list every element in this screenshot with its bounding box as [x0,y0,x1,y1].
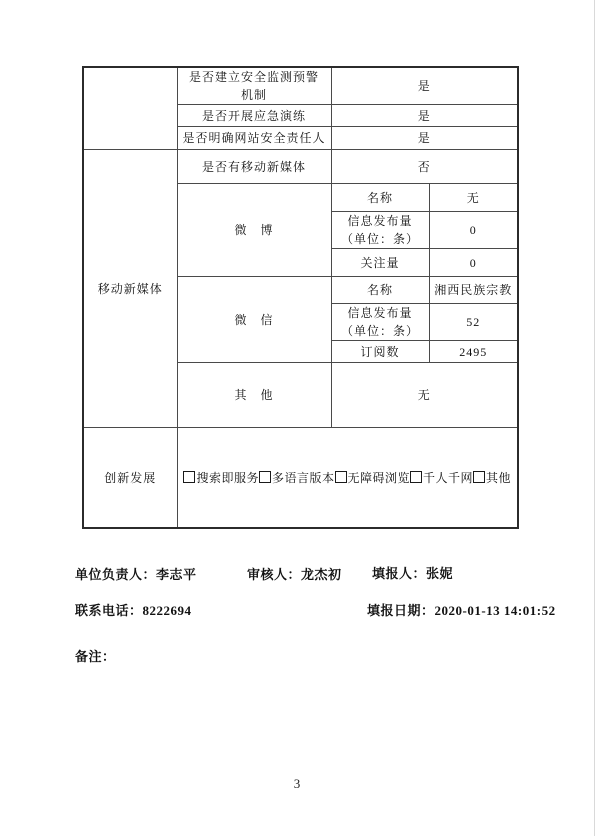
field-cell: 信息发布量 （单位：条） [331,212,429,249]
checkbox-icon[interactable] [259,471,271,483]
innovation-option-label: 搜索即服务 [196,471,259,485]
innovation-option: 多语言版本 [259,471,335,485]
value-cell: 无 [331,363,518,428]
innovation-options: 搜索即服务多语言版本无障碍浏览千人千网其他 [183,471,511,485]
innovation-option: 其他 [473,471,511,485]
field-cell: 名称 [331,184,429,212]
document-page: 是否建立安全监测预警 机制 是 是否开展应急演练 是 是否明确网站安全责任人 是… [0,0,595,836]
value-cell: 0 [429,249,518,277]
innovation-option-label: 多语言版本 [272,471,335,485]
annual-report-table: 是否建立安全监测预警 机制 是 是否开展应急演练 是 是否明确网站安全责任人 是… [82,66,519,529]
weibo-label-cell: 微 博 [177,184,331,277]
checkbox-icon[interactable] [183,471,195,483]
innovation-option: 无障碍浏览 [335,471,411,485]
answer-cell: 是 [331,105,518,127]
innovation-option-label: 其他 [486,471,511,485]
field-cell: 信息发布量 （单位：条） [331,304,429,341]
question-cell: 是否开展应急演练 [177,105,331,127]
field-cell: 订阅数 [331,341,429,363]
answer-cell: 是 [331,127,518,150]
wechat-label-cell: 微 信 [177,277,331,363]
innovation-option: 搜索即服务 [183,471,259,485]
group-cell-mobile-media: 移动新媒体 [83,150,177,428]
answer-cell: 是 [331,67,518,105]
other-label-cell: 其 他 [177,363,331,428]
value-cell: 2495 [429,341,518,363]
innovation-option-label: 无障碍浏览 [348,471,411,485]
value-cell: 湘西民族宗教 [429,277,518,304]
innovation-option: 千人千网 [410,471,473,485]
value-cell: 52 [429,304,518,341]
answer-cell: 否 [331,150,518,184]
group-cell-innovation: 创新发展 [83,428,177,529]
unit-head-text: 单位负责人：李志平 [75,564,197,583]
value-cell: 0 [429,212,518,249]
reviewer-text: 审核人：龙杰初 [247,564,342,583]
question-cell: 是否有移动新媒体 [177,150,331,184]
innovation-options-cell: 搜索即服务多语言版本无障碍浏览千人千网其他 [177,428,518,529]
filler-text: 填报人：张妮 [372,563,453,582]
fill-date-text: 填报日期：2020-01-13 14:01:52 [367,600,556,619]
innovation-option-label: 千人千网 [423,471,473,485]
checkbox-icon[interactable] [335,471,347,483]
field-cell: 名称 [331,277,429,304]
question-cell: 是否建立安全监测预警 机制 [177,67,331,105]
row-has-mobile-media: 移动新媒体 是否有移动新媒体 否 [83,150,518,184]
phone-text: 联系电话：8222694 [75,600,192,619]
group-cell-empty [83,67,177,150]
checkbox-icon[interactable] [410,471,422,483]
row-security-monitoring: 是否建立安全监测预警 机制 是 [83,67,518,105]
question-cell: 是否明确网站安全责任人 [177,127,331,150]
checkbox-icon[interactable] [473,471,485,483]
row-innovation: 创新发展 搜索即服务多语言版本无障碍浏览千人千网其他 [83,428,518,529]
field-cell: 关注量 [331,249,429,277]
remark-label: 备注： [75,646,116,665]
value-cell: 无 [429,184,518,212]
page-number: 3 [0,776,594,792]
